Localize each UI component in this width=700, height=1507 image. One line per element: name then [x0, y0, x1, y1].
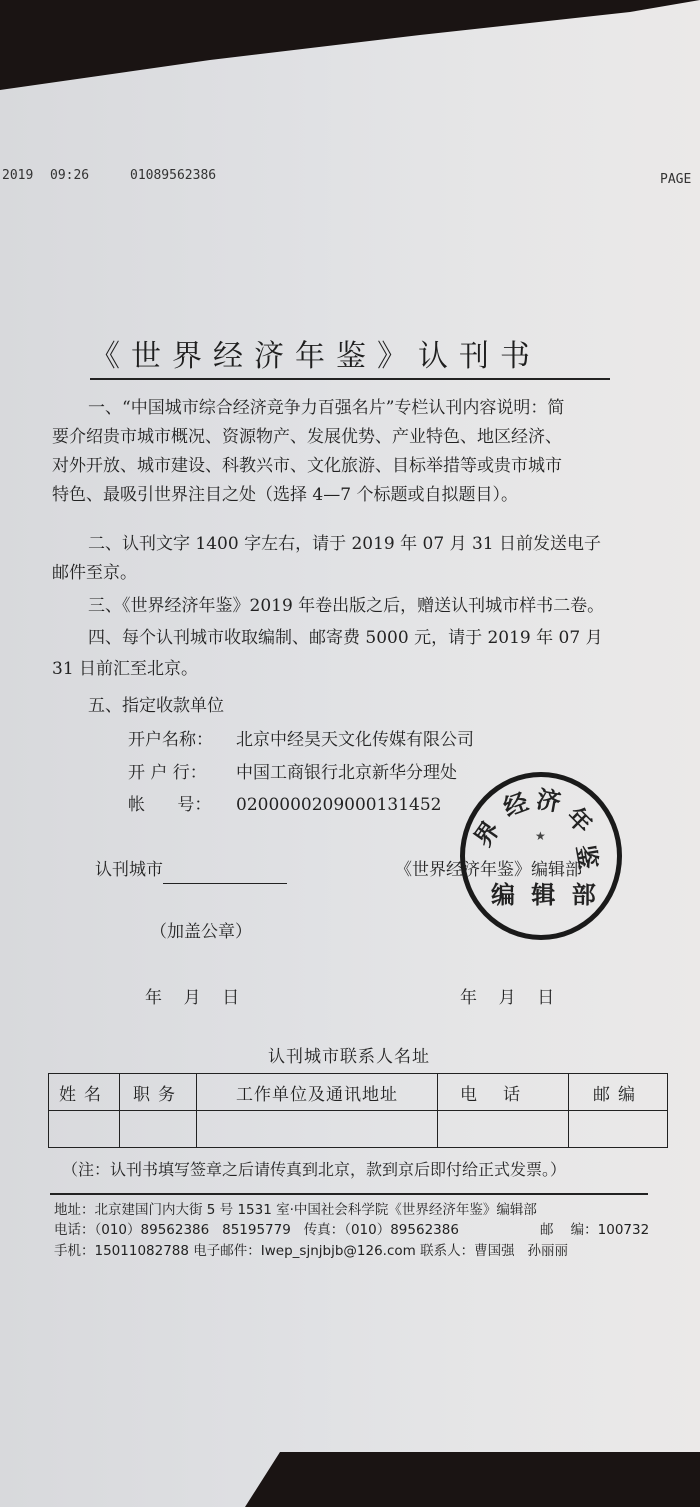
- payee-bank-row: 开 户 行：中国工商银行北京新华分理处: [128, 759, 457, 787]
- subscribing-city-field[interactable]: [163, 865, 287, 884]
- section-1-line-1: 一、“中国城市综合经济竞争力百强名片”专栏认刊内容说明：简: [88, 394, 564, 422]
- subscribing-city-row: 认刊城市: [95, 856, 287, 884]
- fax-page-label: PAGE: [660, 172, 691, 187]
- fax-number: 01089562386: [130, 168, 216, 183]
- section-5-heading: 五、指定收款单位: [88, 692, 224, 720]
- header-postcode: 邮编: [569, 1074, 668, 1111]
- contact-table-caption: 认刊城市联系人名址: [268, 1043, 430, 1071]
- section-1-line-3: 对外开放、城市建设、科教兴市、文化旅游、目标举措等或贵市城市: [52, 452, 562, 480]
- stamp-bottom-text: 编 辑 部: [491, 875, 600, 910]
- footer-phone-fax: 电话：（010）89562386 85195779 传真：（010）895623…: [54, 1218, 459, 1238]
- section-3: 三、《世界经济年鉴》2019 年卷出版之后，赠送认刊城市样书二卷。: [88, 592, 604, 620]
- document-title: 《世界经济年鉴》认刊书: [90, 338, 610, 380]
- section-2-line-2: 邮件至京。: [52, 559, 137, 587]
- note-text: （注：认刊书填写签章之后请传真到北京，款到京后即付给正式发票。）: [62, 1156, 566, 1184]
- account-number-value: 0200000209000131452: [236, 795, 442, 815]
- subscribing-city-label: 认刊城市: [95, 860, 163, 880]
- header-phone: 电话: [438, 1074, 569, 1111]
- footer-mobile-email-contact: 手机：15011082788 电子邮件：Iwep_sjnjbjb@126.com…: [54, 1239, 568, 1259]
- right-date: 年 月 日: [460, 984, 554, 1012]
- footer-address: 地址：北京建国门内大街 5 号 1531 室·中国社会科学院《世界经济年鉴》编辑…: [54, 1198, 537, 1218]
- bank-label: 开 户 行：: [128, 759, 236, 787]
- stamp-char: 济: [534, 779, 564, 818]
- payee-account-number-row: 帐 号：0200000209000131452: [128, 791, 442, 819]
- section-2-line-1: 二、认刊文字 1400 字左右，请于 2019 年 07 月 31 日前发送电子: [88, 530, 601, 558]
- table-header-row: 姓名 职务 工作单位及通讯地址 电话 邮编: [49, 1074, 668, 1111]
- official-seal-stamp: 界 经 济 年 鉴 ★ 编 辑 部: [460, 772, 622, 940]
- header-workplace-address: 工作单位及通讯地址: [197, 1074, 438, 1111]
- fax-time: 09:26: [50, 168, 89, 183]
- section-1-line-2: 要介绍贵市城市概况、资源物产、发展优势、产业特色、地区经济、: [52, 423, 562, 451]
- footer-postcode: 邮 编：100732: [540, 1218, 649, 1238]
- cell-position[interactable]: [120, 1111, 197, 1148]
- stamp-char: 年: [560, 798, 602, 840]
- cell-name[interactable]: [49, 1111, 120, 1148]
- document-page: 2019 09:26 01089562386 PAGE 《世界经济年鉴》认刊书 …: [0, 0, 700, 1507]
- payee-account-name-row: 开户名称：北京中经昊天文化传媒有限公司: [128, 726, 474, 754]
- section-1-line-4: 特色、最吸引世界注目之处（选择 4—7 个标题或自拟题目）。: [52, 481, 518, 509]
- header-position: 职务: [120, 1074, 197, 1111]
- stamp-char: 界: [464, 813, 506, 853]
- fax-date: 2019: [2, 168, 33, 183]
- account-number-label: 帐 号：: [128, 791, 236, 819]
- stamp-char: 鉴: [570, 842, 609, 872]
- table-row: [49, 1111, 668, 1148]
- stamp-char: 经: [498, 782, 533, 823]
- header-name: 姓名: [49, 1074, 120, 1111]
- section-4-line-2: 31 日前汇至北京。: [52, 655, 198, 683]
- footer-divider: [50, 1193, 648, 1195]
- cell-phone[interactable]: [438, 1111, 569, 1148]
- account-name-value: 北京中经昊天文化传媒有限公司: [236, 730, 474, 750]
- seal-note: （加盖公章）: [150, 918, 252, 946]
- contact-table: 姓名 职务 工作单位及通讯地址 电话 邮编: [48, 1073, 668, 1148]
- stamp-star-icon: ★: [535, 829, 546, 843]
- bank-value: 中国工商银行北京新华分理处: [236, 763, 457, 783]
- cell-postcode[interactable]: [569, 1111, 668, 1148]
- account-name-label: 开户名称：: [128, 726, 236, 754]
- cell-workplace-address[interactable]: [197, 1111, 438, 1148]
- section-4-line-1: 四、每个认刊城市收取编制、邮寄费 5000 元，请于 2019 年 07 月: [88, 624, 603, 652]
- left-date: 年 月 日: [145, 984, 239, 1012]
